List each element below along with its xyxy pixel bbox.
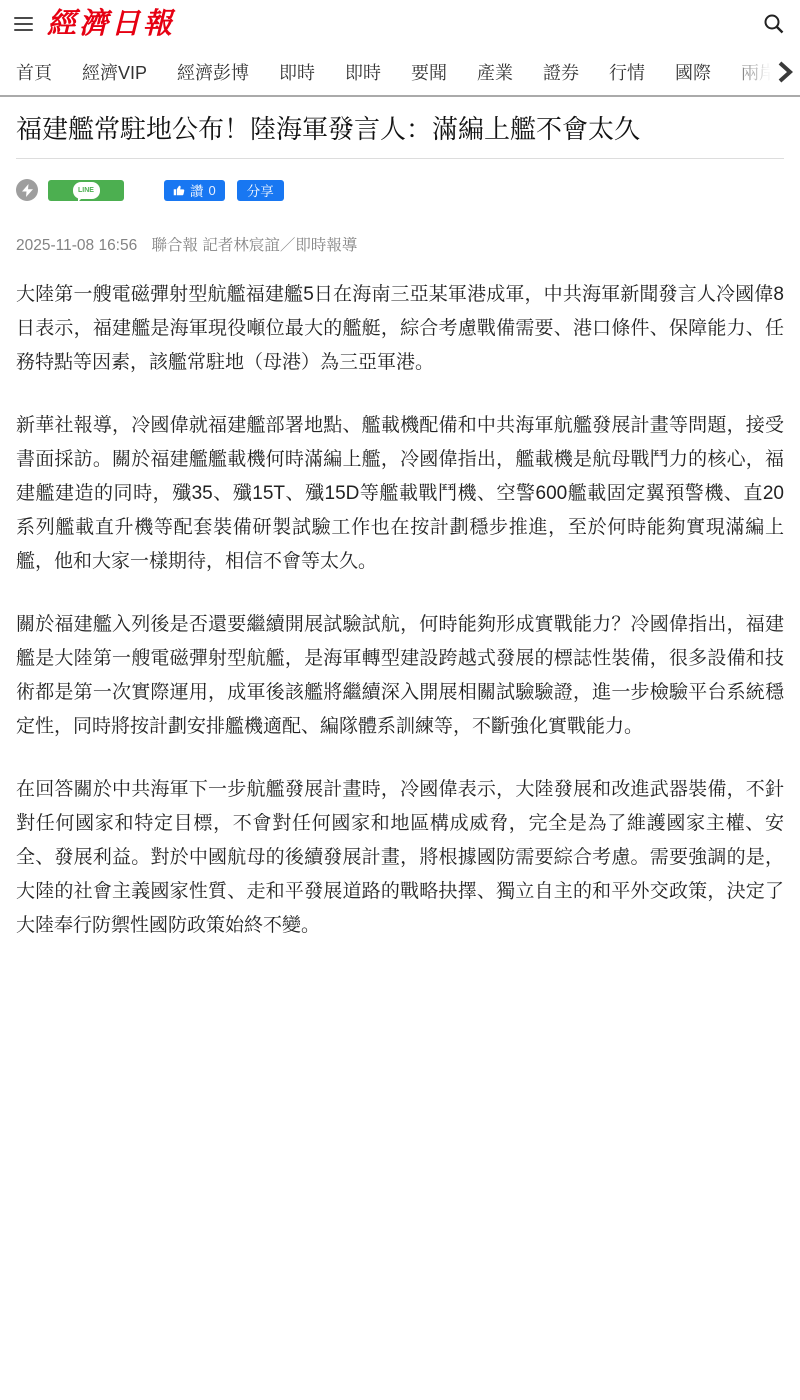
paragraph: 新華社報導，冷國偉就福建艦部署地點、艦載機配備和中共海軍航艦發展計畫等問題，接受… [16, 409, 784, 579]
paragraph: 在回答關於中共海軍下一步航艦發展計畫時，冷國偉表示，大陸發展和改進武器裝備，不針… [16, 773, 784, 943]
nav-item-industry[interactable]: 產業 [477, 59, 513, 85]
nav-item-stocks[interactable]: 證券 [543, 59, 579, 85]
like-label: 讚 [190, 180, 204, 200]
menu-icon[interactable] [14, 13, 33, 35]
publish-datetime: 2025-11-08 16:56 [16, 237, 137, 254]
line-bubble-icon: LINE [73, 182, 100, 199]
nav-item-home[interactable]: 首頁 [16, 59, 52, 85]
nav-item-vip[interactable]: 經濟VIP [82, 59, 147, 85]
title-divider [16, 158, 784, 159]
chevron-right-icon[interactable] [770, 58, 798, 86]
nav-item-headlines[interactable]: 要聞 [411, 59, 447, 85]
paragraph: 關於福建艦入列後是否還要繼續開展試驗試航，何時能夠形成實戰能力？冷國偉指出，福建… [16, 608, 784, 744]
nav-item-markets[interactable]: 行情 [609, 59, 645, 85]
main-nav: 首頁 經濟VIP 經濟彭博 即時 即時 要聞 產業 證券 行情 國際 兩岸 [0, 48, 800, 97]
article-body: 大陸第一艘電磁彈射型航艦福建艦5日在海南三亞某軍港成軍，中共海軍新聞發言人冷國偉… [16, 278, 784, 943]
article-page: 福建艦常駐地公布！陸海軍發言人：滿編上艦不會太久 LINE 讚 0 分享 202… [0, 112, 800, 943]
nav-item-bloomberg[interactable]: 經濟彭博 [177, 59, 249, 85]
page-title: 福建艦常駐地公布！陸海軍發言人：滿編上艦不會太久 [16, 112, 784, 146]
byline: 2025-11-08 16:56 聯合報 記者林宸誼／即時報導 [16, 233, 784, 255]
source-author: 聯合報 記者林宸誼／即時報導 [152, 237, 358, 254]
nav-fade-overlay [724, 48, 800, 95]
lightning-bolt-icon [16, 179, 38, 201]
thumbs-up-icon [173, 184, 185, 196]
like-count: 0 [209, 183, 216, 198]
facebook-like-button[interactable]: 讚 0 [164, 180, 225, 201]
facebook-share-button[interactable]: 分享 [237, 180, 284, 201]
line-share-button[interactable]: LINE [48, 180, 124, 201]
share-toolbar: LINE 讚 0 分享 [16, 179, 784, 201]
site-logo[interactable]: 經濟日報 [47, 10, 175, 39]
paragraph: 大陸第一艘電磁彈射型航艦福建艦5日在海南三亞某軍港成軍，中共海軍新聞發言人冷國偉… [16, 278, 784, 380]
app-header: 經濟日報 [0, 0, 800, 48]
nav-item-international[interactable]: 國際 [675, 59, 711, 85]
nav-item-realtime-2[interactable]: 即時 [345, 59, 381, 85]
nav-item-realtime-1[interactable]: 即時 [279, 59, 315, 85]
search-icon[interactable] [762, 12, 786, 36]
